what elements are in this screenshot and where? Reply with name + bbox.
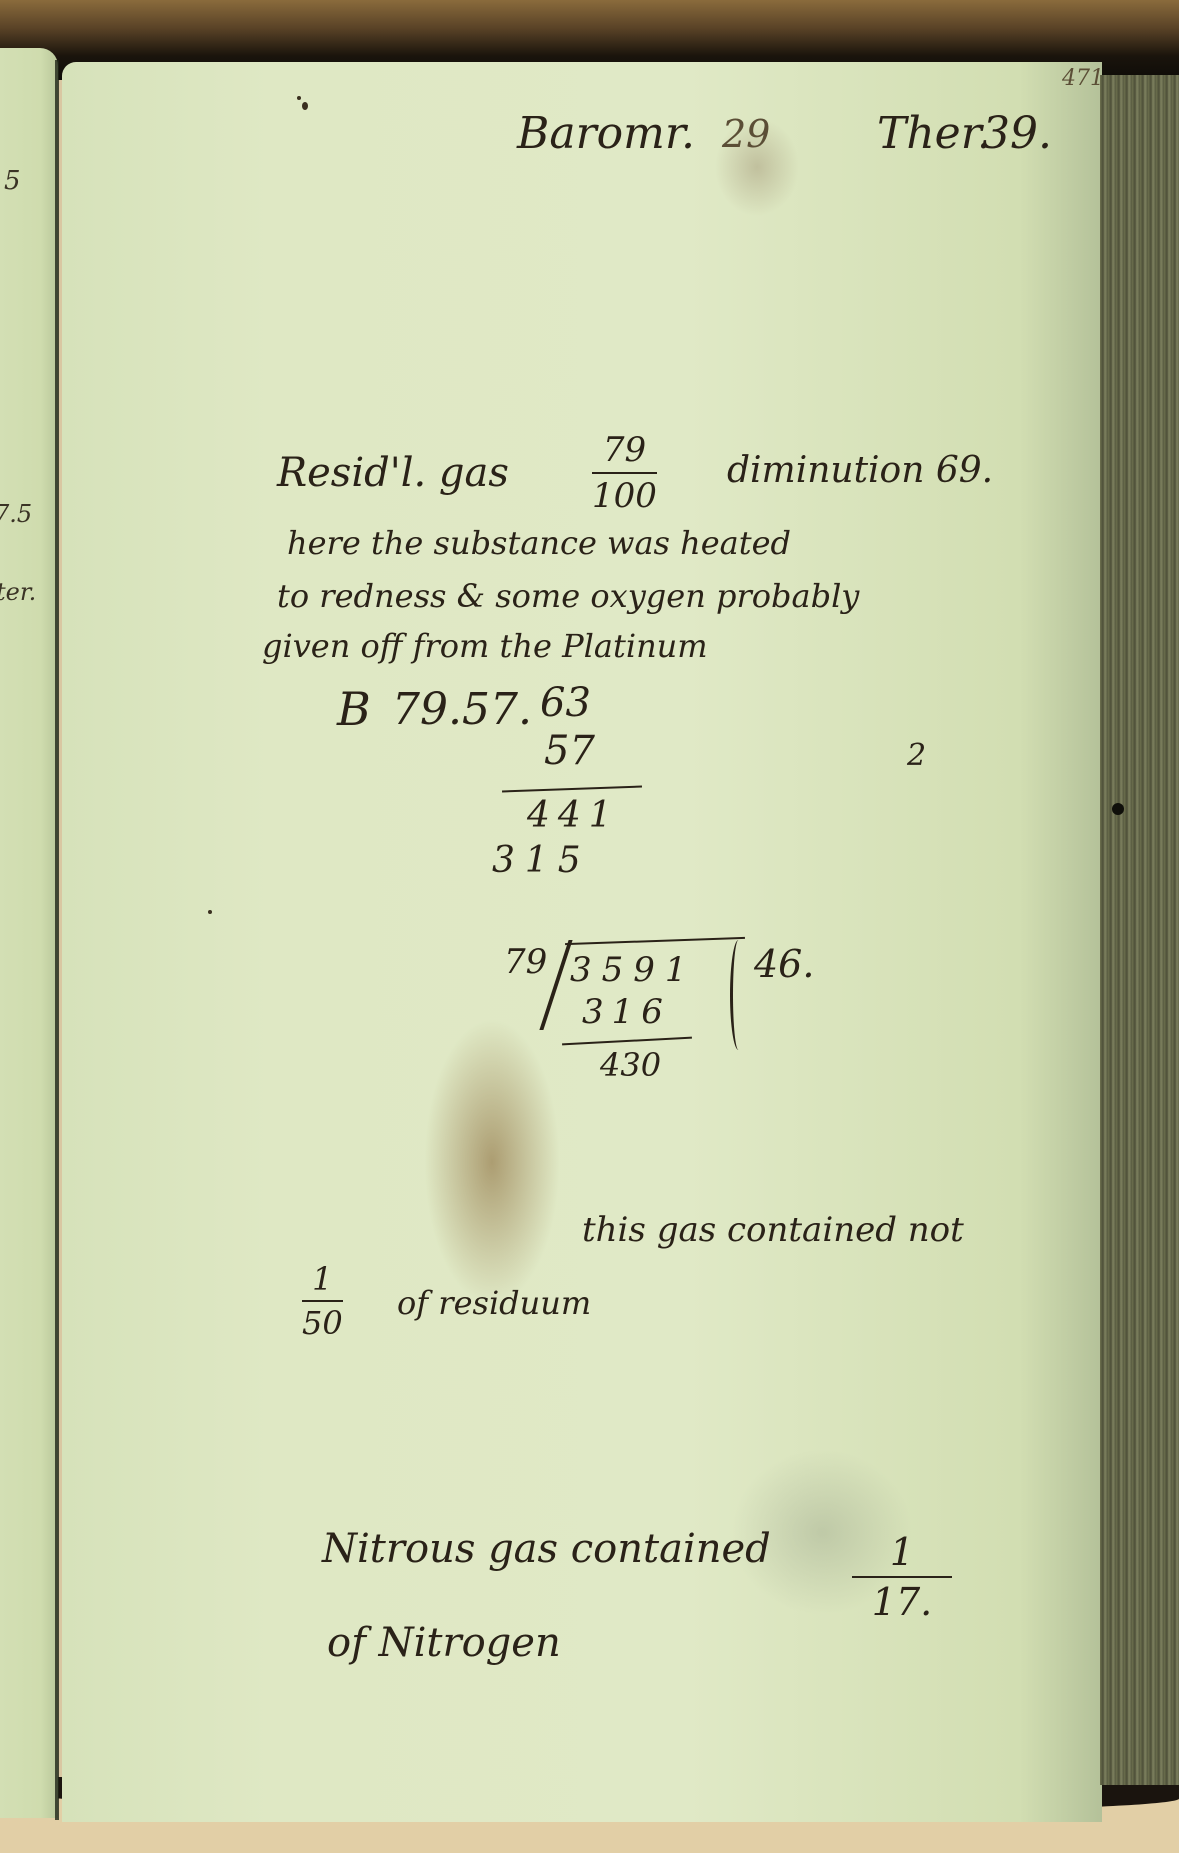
ink-speck bbox=[208, 910, 212, 914]
calc-rule bbox=[502, 786, 642, 793]
left-page-fragment: ter. bbox=[0, 578, 36, 606]
calc-partial-product: 315 bbox=[492, 840, 591, 881]
division-vinculum bbox=[565, 937, 745, 945]
division-subtrahend: 316 bbox=[582, 992, 671, 1032]
text-line: of residuum bbox=[397, 1284, 591, 1322]
ink-speck bbox=[302, 102, 308, 110]
page-number: 471 bbox=[1062, 66, 1104, 91]
text-line: this gas contained not bbox=[582, 1210, 964, 1250]
division-close-bracket bbox=[730, 940, 747, 1050]
fraction-denominator: 50 bbox=[302, 1304, 343, 1342]
fraction-numerator: 79 bbox=[603, 430, 646, 470]
left-page-fragment: 5 bbox=[4, 166, 21, 196]
thermometer-value: 39. bbox=[982, 108, 1052, 159]
fraction-numerator: 1 bbox=[890, 1530, 914, 1574]
text-line: Resid'l. gas bbox=[277, 450, 509, 496]
division-divisor: 79 bbox=[504, 942, 547, 982]
division-quotient: 46. bbox=[754, 942, 814, 986]
fraction-79-100: 79 100 bbox=[592, 430, 657, 516]
fraction-bar bbox=[852, 1576, 952, 1578]
fraction-1-50: 1 50 bbox=[302, 1260, 343, 1342]
division-dividend: 3591 bbox=[570, 950, 697, 990]
left-page-fragment: 7.5 bbox=[0, 500, 32, 528]
calc-prefix: B bbox=[337, 682, 371, 736]
division-remainder: 430 bbox=[600, 1046, 661, 1084]
text-line: here the substance was heated bbox=[287, 524, 791, 562]
text-line: Nitrous gas contained bbox=[322, 1526, 771, 1572]
fraction-denominator: 100 bbox=[592, 476, 657, 516]
binding-hole bbox=[1112, 803, 1124, 815]
calc-side-note: 2 bbox=[907, 738, 926, 773]
ink-speck bbox=[297, 96, 301, 100]
text-line: to redness & some oxygen probably bbox=[277, 577, 859, 615]
division-rule bbox=[562, 1037, 692, 1046]
fraction-1-17: 1 17. bbox=[852, 1530, 952, 1624]
notebook-page: 471 Baromr. 29 Ther. 39. Resid'l. gas 79… bbox=[62, 62, 1102, 1822]
calc-multiplicand: 63 bbox=[540, 680, 591, 726]
left-facing-page: 5 7.5 ter. bbox=[0, 48, 58, 1818]
fraction-bar bbox=[302, 1300, 343, 1302]
text-line: given off from the Platinum bbox=[262, 627, 708, 665]
fraction-denominator: 17. bbox=[872, 1580, 932, 1624]
calc-multiplier: 57 bbox=[544, 728, 595, 774]
page-edges bbox=[1100, 75, 1179, 1785]
barometer-label: Baromr. bbox=[517, 108, 695, 159]
fraction-numerator: 1 bbox=[312, 1260, 332, 1298]
book-gutter bbox=[55, 60, 59, 1820]
text-line: of Nitrogen bbox=[327, 1620, 561, 1666]
fraction-bar bbox=[592, 472, 657, 474]
thermometer-label: Ther. bbox=[877, 108, 991, 159]
calc-ratio: 79.57. bbox=[392, 684, 532, 735]
text-line: diminution 69. bbox=[727, 450, 993, 491]
barometer-value: 29 bbox=[722, 112, 770, 156]
calc-partial-product: 441 bbox=[527, 795, 620, 836]
